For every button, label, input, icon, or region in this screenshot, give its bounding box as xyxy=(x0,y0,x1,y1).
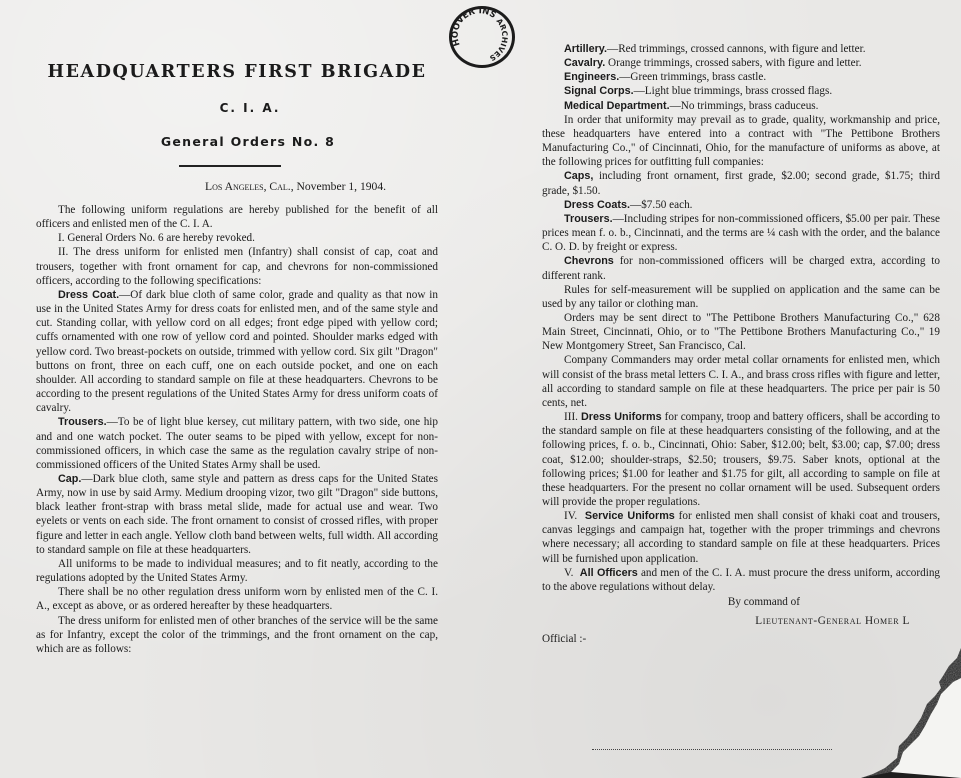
by-command: By command of xyxy=(542,595,940,609)
heading-divider xyxy=(179,165,281,167)
svg-text:HOOVER INST.: HOOVER INST. xyxy=(448,5,498,47)
document-page: HOOVER INST. ARCHIVES HEADQUARTERS FIRST… xyxy=(0,0,961,778)
dateline-date: November 1, 1904. xyxy=(297,180,387,193)
left-column: The following uniform regulations are he… xyxy=(36,203,438,656)
section-ii: II. The dress uniform for enlisted men (… xyxy=(36,245,438,287)
other-branches-paragraph: The dress uniform for enlisted men of ot… xyxy=(36,614,438,656)
branch-engineers: Engineers.—Green trimmings, brass castle… xyxy=(542,70,940,84)
price-chevrons: Chevrons for non-commissioned officers w… xyxy=(542,254,940,282)
section-i: I. General Orders No. 6 are hereby revok… xyxy=(36,231,438,245)
price-trousers: Trousers.—Including stripes for non-comm… xyxy=(542,212,940,254)
orders-address-paragraph: Orders may be sent direct to "The Pettib… xyxy=(542,311,940,353)
dateline-place: Los Angeles, Cal., xyxy=(205,180,294,193)
no-other-paragraph: There shall be no other regulation dress… xyxy=(36,585,438,613)
branch-medical: Medical Department.—No trimmings, brass … xyxy=(542,99,940,113)
dateline: Los Angeles, Cal., November 1, 1904. xyxy=(205,180,386,193)
trousers-label: Trousers. xyxy=(58,416,107,428)
contract-paragraph: In order that uniformity may prevail as … xyxy=(542,113,940,170)
archive-stamp: HOOVER INST. ARCHIVES xyxy=(449,6,515,68)
price-caps: Caps, including front ornament, first gr… xyxy=(542,169,940,197)
right-column: Artillery.—Red trimmings, crossed cannon… xyxy=(542,42,940,647)
dress-coat-label: Dress Coat. xyxy=(58,289,119,301)
cap-paragraph: Cap.—Dark blue cloth, same style and pat… xyxy=(36,472,438,557)
branch-artillery: Artillery.—Red trimmings, crossed cannon… xyxy=(542,42,940,56)
document-title: HEADQUARTERS FIRST BRIGADE xyxy=(36,62,438,82)
price-dress-coats: Dress Coats.—$7.50 each. xyxy=(542,198,940,212)
trousers-paragraph: Trousers.—To be of light blue kersey, cu… xyxy=(36,415,438,472)
organization-name: C. I. A. xyxy=(36,101,438,115)
intro-paragraph: The following uniform regulations are he… xyxy=(36,203,438,231)
section-iv: IV. Service Uniforms for enlisted men sh… xyxy=(542,509,940,566)
self-measurement-paragraph: Rules for self-measurement will be suppl… xyxy=(542,283,940,311)
branch-signal-corps: Signal Corps.—Light blue trimmings, bras… xyxy=(542,84,940,98)
cap-label: Cap. xyxy=(58,473,81,485)
section-iii: III. Dress Uniforms for company, troop a… xyxy=(542,410,940,509)
section-v: V. All Officers and men of the C. I. A. … xyxy=(542,566,940,594)
stamp-icon: HOOVER INST. ARCHIVES xyxy=(448,5,514,67)
svg-text:ARCHIVES: ARCHIVES xyxy=(488,17,509,63)
collar-ornaments-paragraph: Company Commanders may order metal colla… xyxy=(542,353,940,410)
measures-paragraph: All uniforms to be made to individual me… xyxy=(36,557,438,585)
torn-edge xyxy=(781,618,961,778)
branch-cavalry: Cavalry. Orange trimmings, crossed saber… xyxy=(542,56,940,70)
orders-heading: General Orders No. 8 xyxy=(36,134,438,149)
dress-coat-paragraph: Dress Coat.—Of dark blue cloth of same c… xyxy=(36,288,438,415)
